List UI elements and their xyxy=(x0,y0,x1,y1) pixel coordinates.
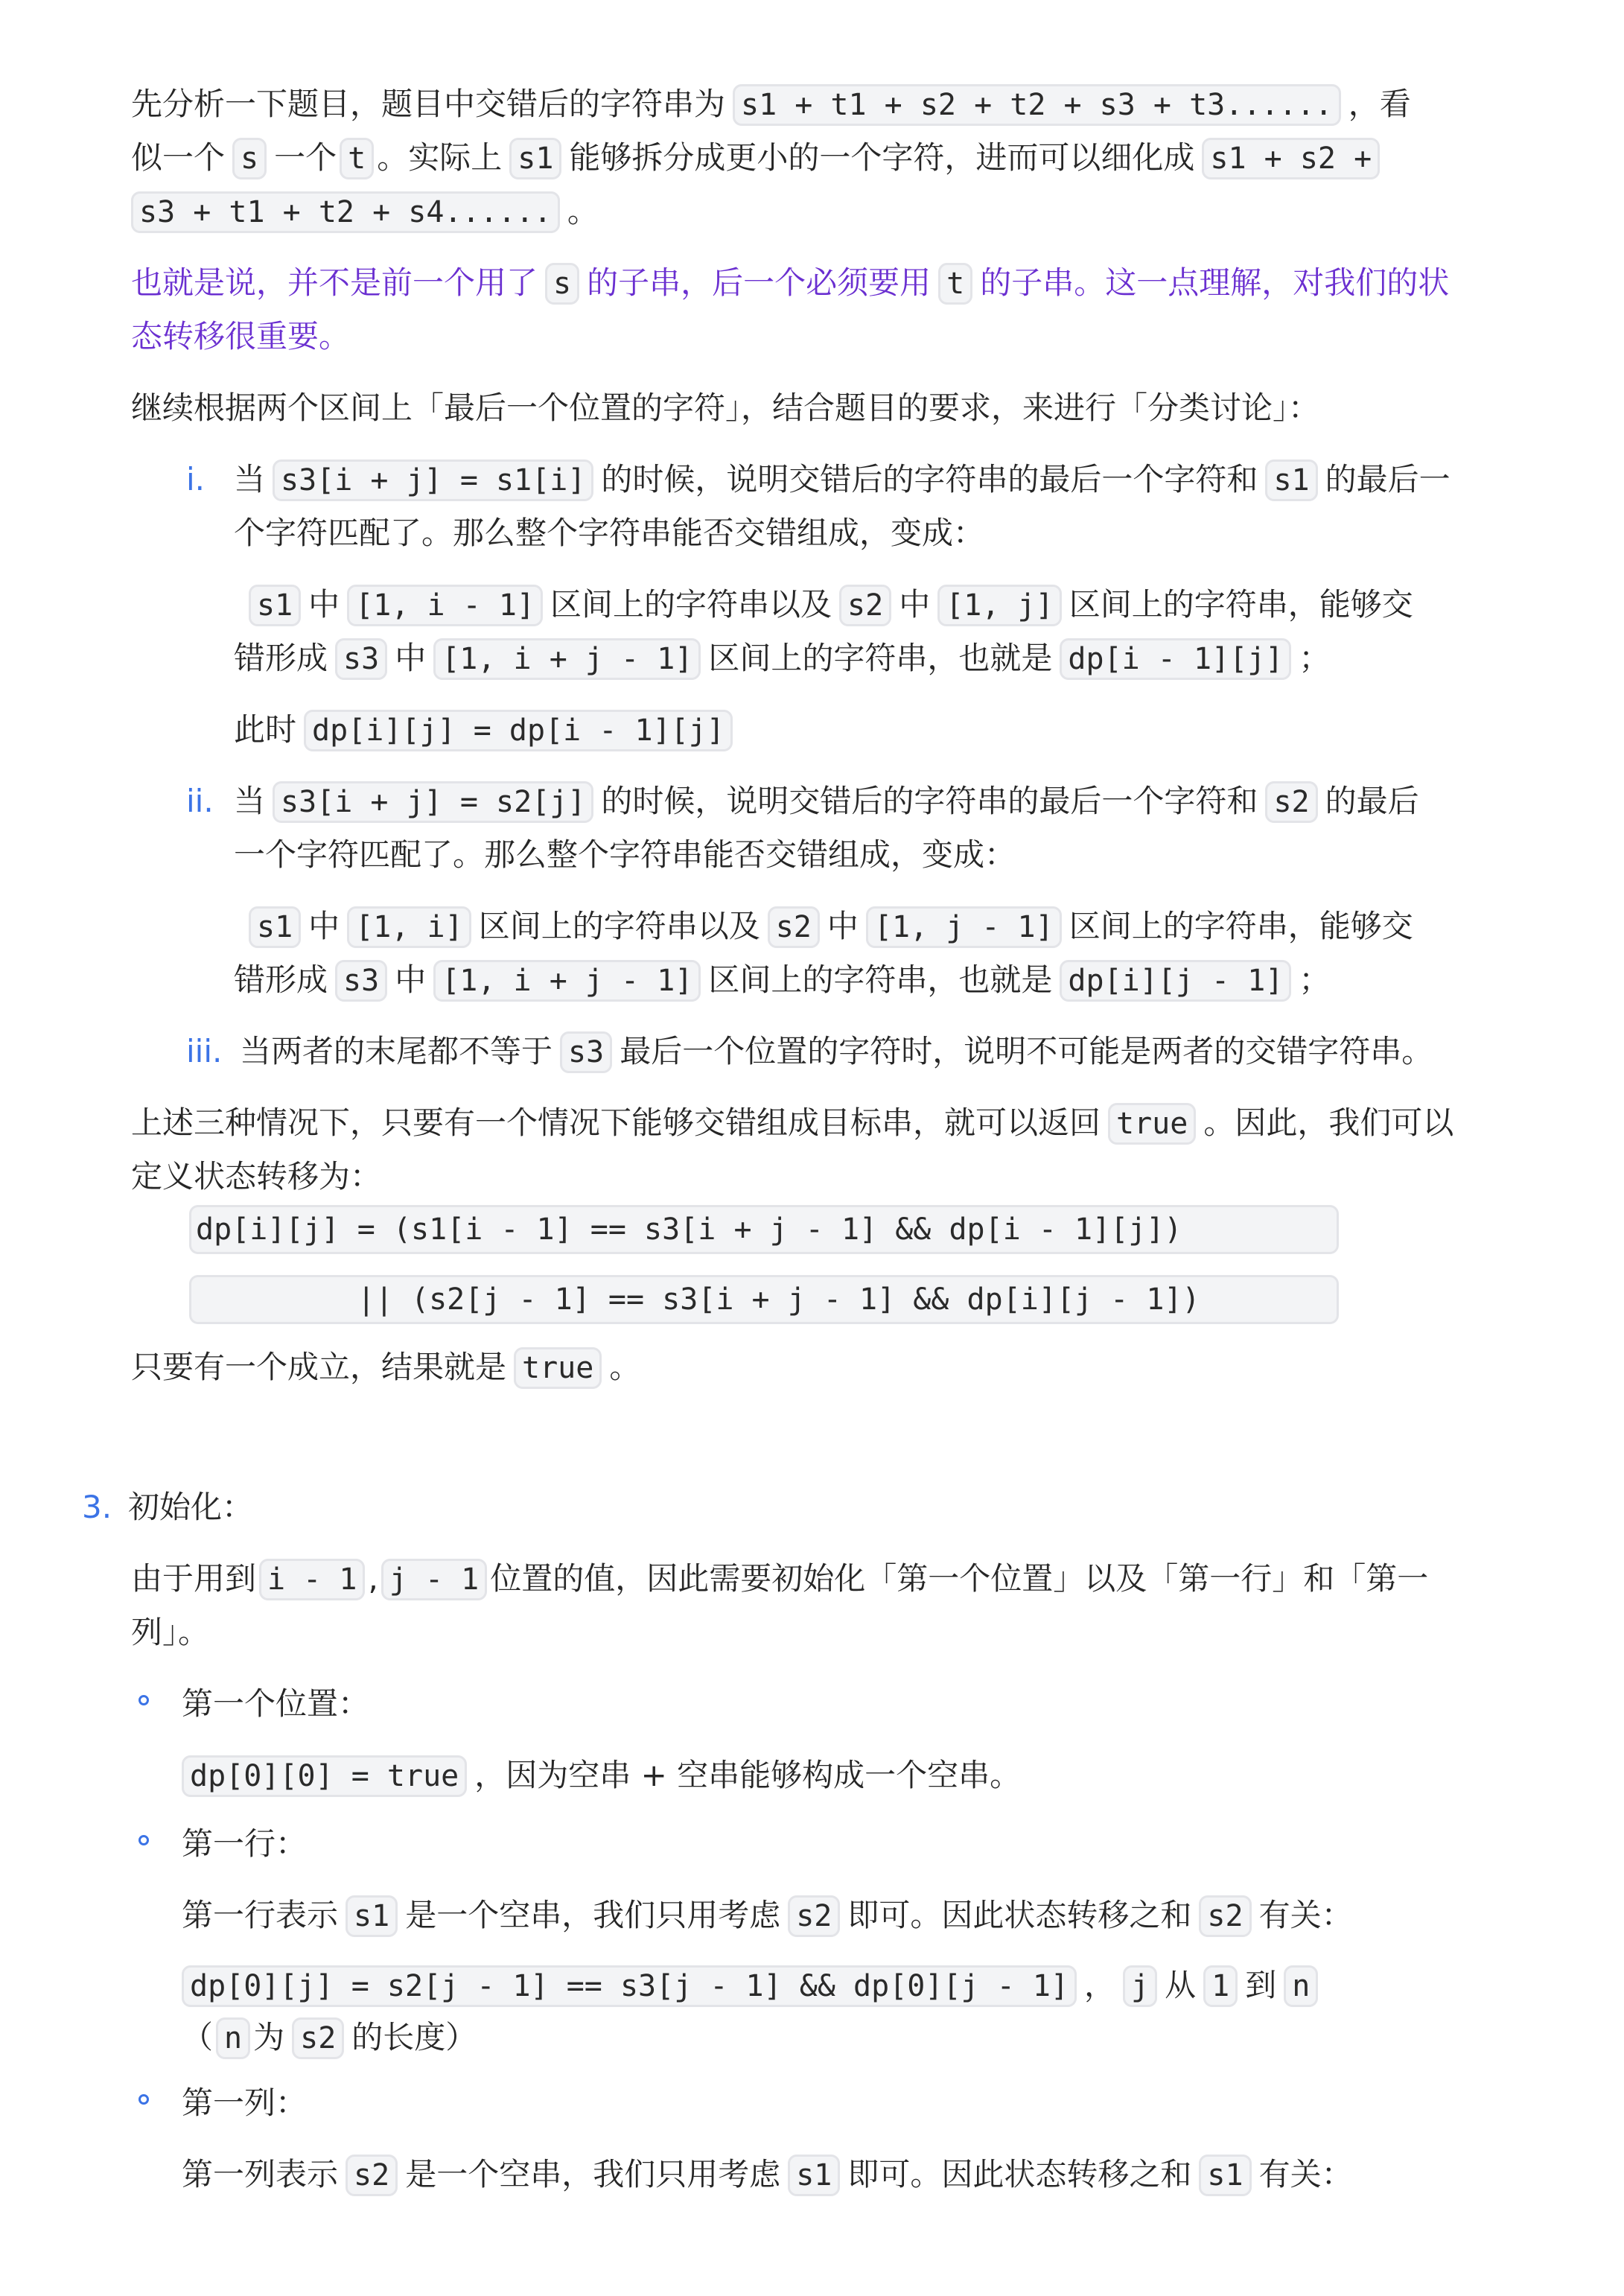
inline-code: 1 xyxy=(1203,1965,1238,2007)
item-text: 为 xyxy=(253,2019,284,2055)
inline-code: dp[0][j] = s2[j - 1] == s3[j - 1] && dp[… xyxy=(182,1965,1077,2007)
inline-code: s1 xyxy=(509,138,561,179)
case-text: 区间上的字符串以及 xyxy=(479,908,760,944)
inline-code: [1, j] xyxy=(937,585,1062,626)
case-text: 区间上的字符串，也就是 xyxy=(708,961,1052,998)
inline-code: [1, i + j - 1] xyxy=(433,638,701,680)
case-iii-line-1: 当两者的末尾都不等于s3最后一个位置的字符时，说明不可能是两者的交错字符串。 xyxy=(240,1025,1433,1079)
bullet-icon xyxy=(138,1695,149,1705)
item-first-column-desc: 第一列表示s2是一个空串，我们只用考虑s1即可。因此状态转移之和s1有关： xyxy=(182,2148,1353,2202)
inline-code: s3[i + j] = s1[i] xyxy=(273,459,593,501)
bullet-icon xyxy=(138,1835,149,1845)
item-first-row-note: （n为s2的长度） xyxy=(182,2011,477,2065)
highlight-line-2: 态转移很重要。 xyxy=(131,310,350,363)
item-first-position-title: 第一个位置： xyxy=(182,1677,369,1731)
summary-text: 只要有一个成立，结果就是 xyxy=(131,1349,506,1385)
inline-code: s2 xyxy=(346,2155,398,2196)
case-text: 最后一个位置的字符时，说明不可能是两者的交错字符串。 xyxy=(620,1033,1433,1069)
case-text: 的最后 xyxy=(1325,783,1419,819)
case-text: 的最后一 xyxy=(1325,461,1451,497)
section3-title: 初始化： xyxy=(128,1481,253,1534)
inline-code: s3 xyxy=(335,638,387,680)
inline-code: s1 xyxy=(1265,459,1317,501)
case-text: 中 xyxy=(308,908,340,944)
inline-code: s2 xyxy=(788,1895,840,1937)
item-text: ， xyxy=(1084,1967,1115,2003)
case-text: 此时 xyxy=(234,711,296,748)
inline-code: [1, j - 1] xyxy=(866,906,1062,948)
inline-code: [1, i - 1] xyxy=(347,585,543,626)
case-text: 一个字符匹配了。那么整个字符串能否交错组成，变成： xyxy=(234,836,1016,873)
inline-code: s2 xyxy=(1199,1895,1251,1937)
summary-line-2: 定义状态转移为： xyxy=(131,1150,381,1203)
case-i-sub-1: s1中[1, i - 1]区间上的字符串以及s2中[1, j]区间上的字符串，能… xyxy=(241,578,1413,632)
bullet-icon xyxy=(138,2094,149,2105)
inline-code: s2 xyxy=(839,585,891,626)
intro-text: 一个 xyxy=(274,139,337,176)
item-text: 第一列表示 xyxy=(182,2156,338,2192)
inline-code: s3[i + j] = s2[j] xyxy=(273,781,593,823)
section3-line-1: 由于用到i - 1,j - 1位置的值，因此需要初始化「第一个位置」以及「第一行… xyxy=(131,1552,1428,1606)
inline-code: true xyxy=(1108,1103,1196,1145)
case-ii-sub-2: 错形成s3中[1, i + j - 1]区间上的字符串，也就是dp[i][j -… xyxy=(234,953,1330,1008)
case-text: 中 xyxy=(827,908,859,944)
inline-code: s3 xyxy=(335,960,387,1002)
list-marker-i: i. xyxy=(186,453,205,506)
inline-code: s2 xyxy=(292,2017,344,2059)
intro-line-3: s3 + t1 + t2 + s4......。 xyxy=(124,185,599,239)
case-i-then: 此时dp[i][j] = dp[i - 1][j] xyxy=(234,703,740,757)
highlight-text: 的子串，后一个必须要用 xyxy=(587,264,931,301)
case-ii-sub-1: s1中[1, i]区间上的字符串以及s2中[1, j - 1]区间上的字符串，能… xyxy=(241,900,1413,954)
item-text: 第一行表示 xyxy=(182,1897,338,1933)
intro-text: 似一个 xyxy=(131,139,225,176)
section-text: 位置的值，因此需要初始化「第一个位置」以及「第一行」和「第一 xyxy=(490,1560,1428,1597)
inline-code: s1 xyxy=(788,2155,840,2196)
formula-line-1: dp[i][j] = (s1[i - 1] == s3[i + j - 1] &… xyxy=(189,1205,1339,1254)
list-marker-3: 3. xyxy=(82,1481,112,1534)
item-text: 即可。因此状态转移之和 xyxy=(847,1897,1191,1933)
case-text: 错形成 xyxy=(234,961,328,998)
inline-code: i - 1 xyxy=(259,1559,365,1600)
inline-code: s1 + s2 + xyxy=(1202,138,1380,179)
summary-text: 上述三种情况下，只要有一个情况下能够交错组成目标串，就可以返回 xyxy=(131,1104,1101,1141)
case-text: 错形成 xyxy=(234,640,328,676)
inline-code: s1 xyxy=(249,585,301,626)
inline-code: s1 xyxy=(1199,2155,1251,2196)
inline-code: n xyxy=(216,2017,250,2059)
inline-code: s1 xyxy=(346,1895,398,1937)
item-text: 到 xyxy=(1245,1967,1276,2003)
item-text: 的长度） xyxy=(351,2019,477,2055)
summary-text: 。 xyxy=(609,1349,640,1385)
inline-code: j - 1 xyxy=(381,1559,487,1600)
inline-code: dp[i][j - 1] xyxy=(1060,960,1291,1002)
item-text: 从 xyxy=(1165,1967,1196,2003)
inline-code: t xyxy=(340,138,374,179)
inline-code: dp[0][0] = true xyxy=(182,1755,467,1797)
inline-code: j xyxy=(1123,1965,1157,2007)
case-text: ； xyxy=(1299,961,1330,998)
summary-line-1: 上述三种情况下，只要有一个情况下能够交错组成目标串，就可以返回true。因此，我… xyxy=(131,1096,1453,1151)
list-marker-ii: ii. xyxy=(186,775,214,828)
case-text: 区间上的字符串，能够交 xyxy=(1069,586,1413,623)
inline-code: s xyxy=(232,138,267,179)
case-text: 中 xyxy=(395,640,426,676)
inline-code: [1, i] xyxy=(347,906,471,948)
case-text: 区间上的字符串，也就是 xyxy=(708,640,1052,676)
inline-code: s1 xyxy=(249,906,301,948)
intro-text: ，看 xyxy=(1348,86,1411,122)
item-first-row-formula: dp[0][j] = s2[j - 1] == s3[j - 1] && dp[… xyxy=(182,1959,1325,2013)
section-text: 由于用到 xyxy=(131,1560,256,1597)
intro-text: 能够拆分成更小的一个字符，进而可以细化成 xyxy=(569,139,1194,176)
formula-line-2: || (s2[j - 1] == s3[i + j - 1] && dp[i][… xyxy=(189,1275,1339,1324)
item-first-position-body: dp[0][0] = true，因为空串 + 空串能够构成一个空串。 xyxy=(182,1749,1021,1803)
classify-line: 继续根据两个区间上「最后一个位置的字符」，结合题目的要求，来进行「分类讨论」： xyxy=(131,381,1319,435)
item-first-row-title: 第一行： xyxy=(182,1817,307,1871)
inline-code: n xyxy=(1284,1965,1318,2007)
item-text: ，因为空串 + 空串能够构成一个空串。 xyxy=(474,1757,1021,1793)
case-ii-line-2: 一个字符匹配了。那么整个字符串能否交错组成，变成： xyxy=(234,828,1016,882)
summary-result: 只要有一个成立，结果就是true。 xyxy=(131,1341,640,1395)
case-text: 的时候，说明交错后的字符串的最后一个字符和 xyxy=(601,783,1258,819)
inline-code: [1, i + j - 1] xyxy=(433,960,701,1002)
case-text: 中 xyxy=(308,586,340,623)
highlight-text: 的子串。这一点理解，对我们的状 xyxy=(980,264,1449,301)
summary-text: 定义状态转移为： xyxy=(131,1158,381,1195)
inline-code: s xyxy=(545,263,579,305)
item-text: 是一个空串，我们只用考虑 xyxy=(405,1897,780,1933)
item-first-row-desc: 第一行表示s1是一个空串，我们只用考虑s2即可。因此状态转移之和s2有关： xyxy=(182,1889,1353,1943)
case-text: 当两者的末尾都不等于 xyxy=(240,1033,553,1069)
intro-text: 。 xyxy=(567,193,599,229)
highlight-text: 也就是说，并不是前一个用了 xyxy=(131,264,538,301)
intro-text: 先分析一下题目，题目中交错后的字符串为 xyxy=(131,86,725,122)
inline-code: dp[i][j] = dp[i - 1][j] xyxy=(304,710,733,751)
inline-code: s2 xyxy=(1265,781,1317,823)
item-text: （ xyxy=(182,2019,213,2055)
item-text: 有关： xyxy=(1259,2156,1353,2192)
intro-text: 。实际上 xyxy=(377,139,502,176)
item-text: 是一个空串，我们只用考虑 xyxy=(405,2156,780,2192)
case-text: ； xyxy=(1299,640,1330,676)
intro-line-2: 似一个s一个t。实际上s1能够拆分成更小的一个字符，进而可以细化成s1 + s2… xyxy=(131,131,1387,185)
case-text: 中 xyxy=(395,961,426,998)
list-marker-iii: iii. xyxy=(186,1025,222,1078)
inline-code: s3 + t1 + t2 + s4...... xyxy=(131,191,560,233)
section-text: , xyxy=(368,1560,378,1597)
highlight-text: 态转移很重要。 xyxy=(131,318,350,354)
case-i-sub-2: 错形成s3中[1, i + j - 1]区间上的字符串，也就是dp[i - 1]… xyxy=(234,632,1330,686)
intro-line-1: 先分析一下题目，题目中交错后的字符串为s1 + t1 + s2 + t2 + s… xyxy=(131,77,1411,132)
case-text: 当 xyxy=(234,783,265,819)
inline-code: true xyxy=(514,1347,602,1389)
case-text: 的时候，说明交错后的字符串的最后一个字符和 xyxy=(601,461,1258,497)
inline-code: s1 + t1 + s2 + t2 + s3 + t3...... xyxy=(733,84,1341,126)
item-text: 有关： xyxy=(1259,1897,1353,1933)
inline-code: dp[i - 1][j] xyxy=(1060,638,1291,680)
case-text: 区间上的字符串，能够交 xyxy=(1069,908,1413,944)
case-text: 个字符匹配了。那么整个字符串能否交错组成，变成： xyxy=(234,515,984,551)
section3-line-2: 列」。 xyxy=(131,1606,209,1659)
item-text: 即可。因此状态转移之和 xyxy=(847,2156,1191,2192)
case-text: 区间上的字符串以及 xyxy=(550,586,832,623)
inline-code: t xyxy=(938,263,972,305)
case-text: 当 xyxy=(234,461,265,497)
item-first-column-title: 第一列： xyxy=(182,2076,307,2130)
classify-text: 继续根据两个区间上「最后一个位置的字符」，结合题目的要求，来进行「分类讨论」： xyxy=(131,389,1319,426)
inline-code: s2 xyxy=(768,906,820,948)
inline-code: s3 xyxy=(560,1031,612,1073)
case-text: 中 xyxy=(899,586,930,623)
summary-text: 。因此，我们可以 xyxy=(1203,1104,1453,1141)
case-i-line-1: 当s3[i + j] = s1[i]的时候，说明交错后的字符串的最后一个字符和s… xyxy=(234,453,1451,507)
case-ii-line-1: 当s3[i + j] = s2[j]的时候，说明交错后的字符串的最后一个字符和s… xyxy=(234,775,1419,829)
highlight-line-1: 也就是说，并不是前一个用了s的子串，后一个必须要用t的子串。这一点理解，对我们的… xyxy=(131,256,1449,311)
case-i-line-2: 个字符匹配了。那么整个字符串能否交错组成，变成： xyxy=(234,506,984,560)
